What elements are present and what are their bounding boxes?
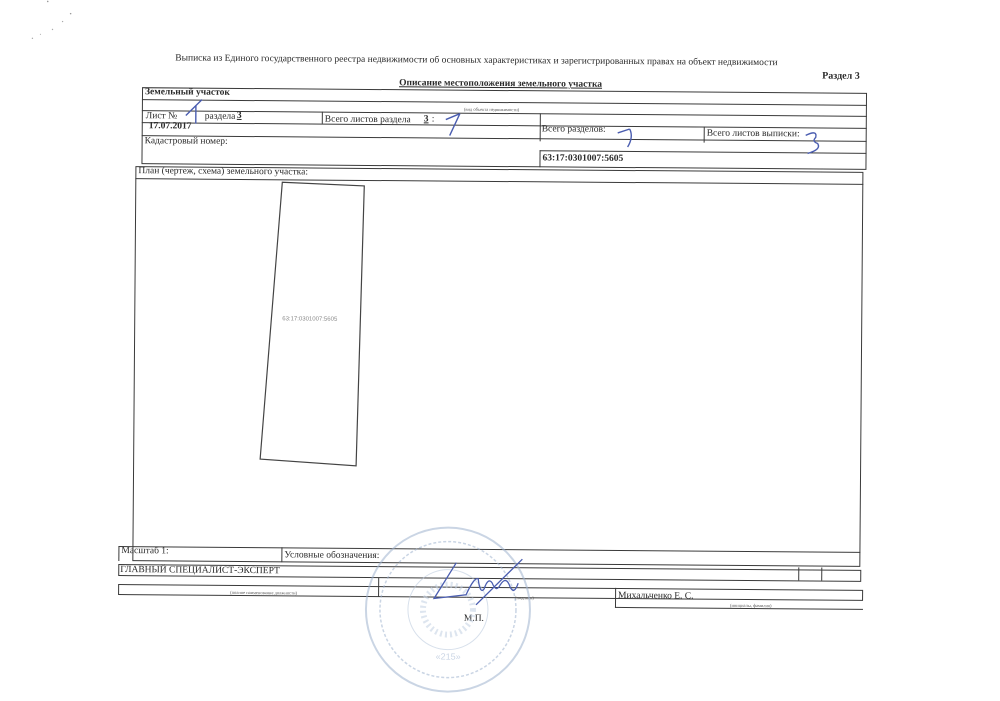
stamp-number: «215» [436, 652, 461, 662]
position-caption: (полное наименование должности) [230, 590, 297, 596]
parcel-label: 63:17:0301007:5605 [282, 316, 337, 322]
document-subtitle: Описание местоположения земельного участ… [399, 78, 602, 90]
total-sheets-section-number: 3 [424, 114, 429, 124]
total-sheets-extract-label: Всего листов выписки: [707, 129, 800, 140]
divider [615, 588, 616, 608]
divider [539, 150, 540, 167]
plan-label: План (чертеж, схема) земельного участка: [138, 166, 308, 177]
handwritten-sheet-number [182, 97, 212, 127]
section-label: Раздел 3 [822, 71, 860, 82]
parcel-outline [254, 178, 371, 469]
handwritten-total-sheets-section [440, 108, 470, 138]
object-type-caption: (вид объекта недвижимости) [464, 107, 519, 112]
cadastral-label: Кадастровый номер: [145, 136, 228, 147]
position-title: ГЛАВНЫЙ СПЕЦИАЛИСТ-ЭКСПЕРТ [120, 565, 280, 576]
divider [322, 112, 323, 124]
handwritten-total-sheets-extract [802, 127, 832, 157]
divider [281, 547, 282, 562]
name-caption: (инициалы, фамилия) [730, 603, 772, 608]
scale-label: Масштаб 1: [121, 546, 168, 556]
divider [540, 113, 541, 141]
object-type: Земельный участок [145, 87, 230, 98]
document-title: Выписка из Единого государственного реес… [175, 53, 777, 68]
signer-name: Михальченко Е. С. [618, 591, 693, 602]
plan-frame [132, 166, 863, 567]
handwritten-signature [426, 554, 536, 615]
section-number: 3 [237, 111, 242, 121]
sheet-label: Лист № [146, 111, 177, 121]
colon: : [432, 114, 435, 124]
handwritten-total-sections [616, 119, 646, 151]
scan-specks [2, 0, 122, 57]
document-page: Выписка из Единого государственного реес… [0, 0, 1000, 701]
cadastral-number: 63:17:0301007:5605 [542, 153, 623, 164]
divider [118, 546, 119, 561]
